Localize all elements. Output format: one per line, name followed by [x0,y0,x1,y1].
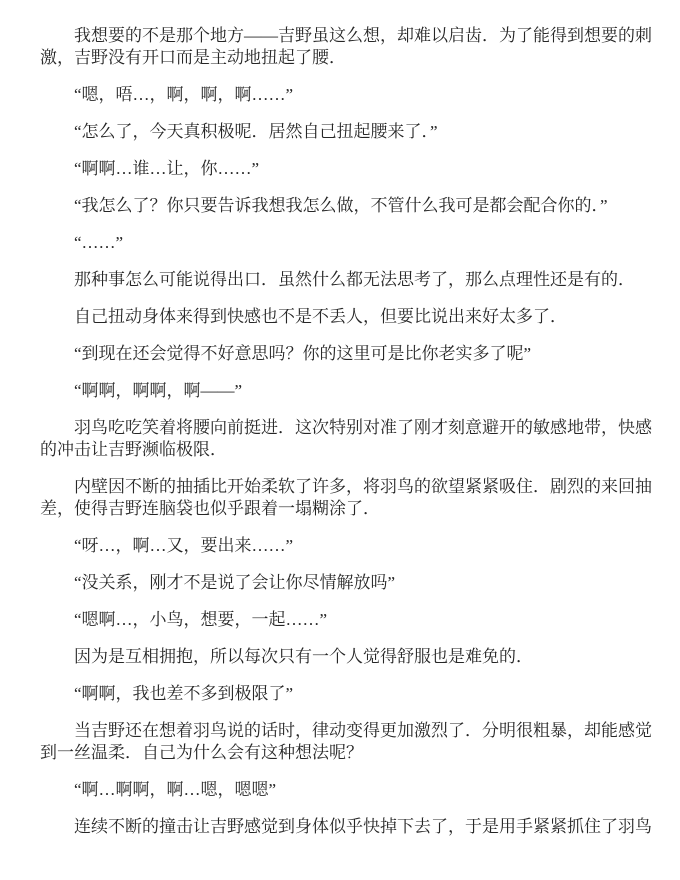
paragraph: “……” [40,232,654,254]
paragraph: 连续不断的撞击让吉野感觉到身体似乎快掉下去了，于是用手紧紧抓住了羽鸟 [40,816,654,838]
paragraph: “啊啊，我也差不多到极限了” [40,683,654,705]
paragraph: “啊啊…谁…让，你……” [40,158,654,180]
paragraph: “到现在还会觉得不好意思吗？你的这里可是比你老实多了呢” [40,343,654,365]
novel-page: 我想要的不是那个地方——吉野虽这么想，却难以启齿．为了能得到想要的刺激，吉野没有… [0,0,680,880]
paragraph: 当吉野还在想着羽鸟说的话时，律动变得更加激烈了．分明很粗暴，却能感觉到一丝温柔．… [40,720,654,764]
paragraph: “嗯，唔…，啊，啊，啊……” [40,84,654,106]
paragraph: “啊…啊啊，啊…嗯，嗯嗯” [40,779,654,801]
page-text: 我想要的不是那个地方——吉野虽这么想，却难以启齿．为了能得到想要的刺激，吉野没有… [40,25,654,838]
paragraph: 因为是互相拥抱，所以每次只有一个人觉得舒服也是难免的． [40,646,654,668]
paragraph: “没关系，刚才不是说了会让你尽情解放吗” [40,572,654,594]
paragraph: 那种事怎么可能说得出口．虽然什么都无法思考了，那么点理性还是有的． [40,269,654,291]
paragraph: 内壁因不断的抽插比开始柔软了许多，将羽鸟的欲望紧紧吸住．剧烈的来回抽差，使得吉野… [40,476,654,520]
paragraph: “怎么了，今天真积极呢．居然自己扭起腰来了．” [40,121,654,143]
paragraph: 自己扭动身体来得到快感也不是不丢人，但要比说出来好太多了． [40,306,654,328]
paragraph: 羽鸟吃吃笑着将腰向前挺进．这次特别对准了刚才刻意避开的敏感地带，快感的冲击让吉野… [40,417,654,461]
paragraph: “啊啊，啊啊，啊——” [40,380,654,402]
paragraph: “我怎么了？你只要告诉我想我怎么做，不管什么我可是都会配合你的．” [40,195,654,217]
paragraph: “呀…，啊…又，要出来……” [40,535,654,557]
paragraph: “嗯啊…，小鸟，想要，一起……” [40,609,654,631]
paragraph: 我想要的不是那个地方——吉野虽这么想，却难以启齿．为了能得到想要的刺激，吉野没有… [40,25,654,69]
